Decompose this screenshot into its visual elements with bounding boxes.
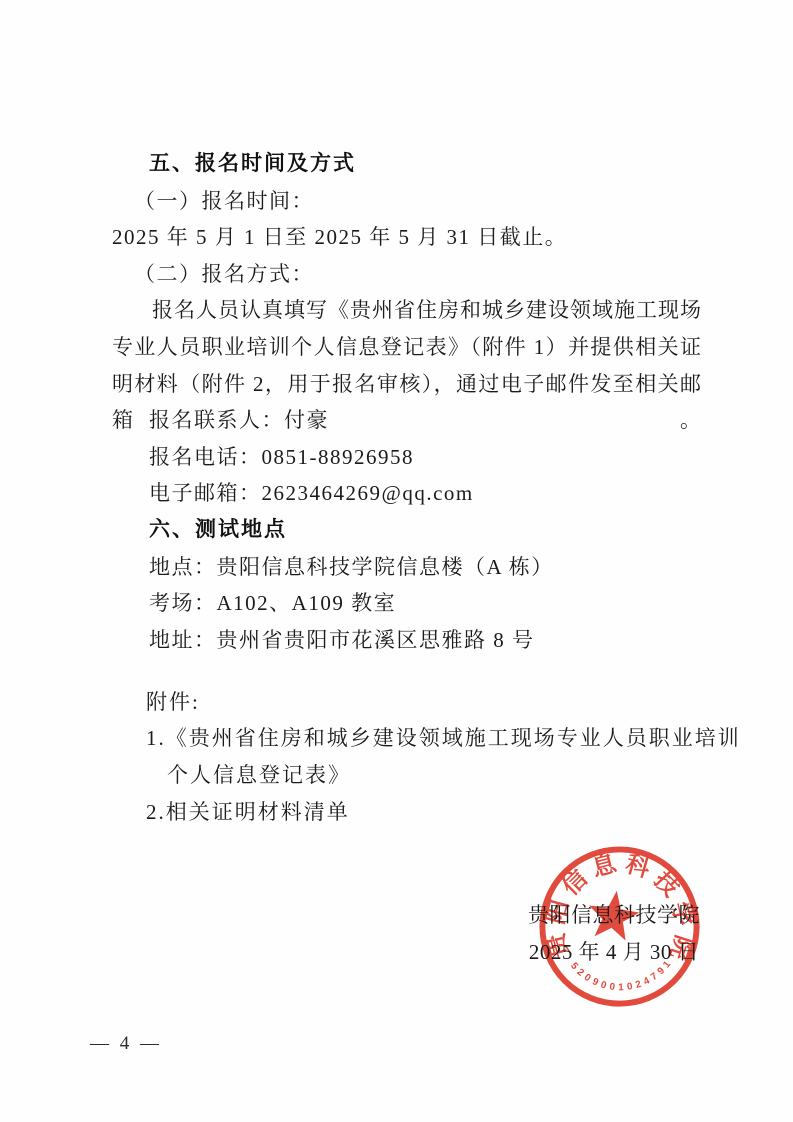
item-2-label: （二）报名方式： [112,256,701,293]
signature-block: 贵阳信息科技学院 2025 年 4 月 30 日 [528,897,700,970]
item-1-label: （一）报名时间： [112,183,701,220]
test-room-line: 考场：A102、A109 教室 [112,585,701,622]
test-address-line: 地址：贵州省贵阳市花溪区思雅路 8 号 [112,622,701,659]
contact-email-line: 电子邮箱：2623464269@qq.com [112,475,701,512]
method-paragraph-line-2: 专业人员职业培训个人信息登记表》（附件 1）并提供相关证 [112,329,701,366]
method-paragraph-line-1: 报名人员认真填写《贵州省住房和城乡建设领域施工现场 [112,292,701,329]
contact-phone-line: 报名电话：0851-88926958 [112,439,701,476]
attachments-label: 附件: [112,684,701,721]
signature-org: 贵阳信息科技学院 [528,897,700,934]
signature-date: 2025 年 4 月 30 日 [528,934,700,971]
method-paragraph-line-3: 明材料（附件 2，用于报名审核），通过电子邮件发至相关邮箱。 [112,366,701,403]
scanned-document-page: 五、报名时间及方式 （一）报名时间： 2025 年 5 月 1 日至 2025 … [0,0,793,1122]
page-number: — 4 — [90,1033,162,1055]
attachment-1-line-2: 个人信息登记表》 [112,757,701,794]
test-location-line: 地点：贵阳信息科技学院信息楼（A 栋） [112,549,701,586]
registration-time-text: 2025 年 5 月 1 日至 2025 年 5 月 31 日截止。 [112,219,701,256]
document-body: 五、报名时间及方式 （一）报名时间： 2025 年 5 月 1 日至 2025 … [112,146,701,830]
attachment-1-line-1: 1.《贵州省住房和城乡建设领域施工现场专业人员职业培训 [112,720,701,757]
section-5-heading: 五、报名时间及方式 [112,146,701,183]
attachments-block: 附件: 1.《贵州省住房和城乡建设领域施工现场专业人员职业培训 个人信息登记表》… [112,684,701,830]
attachment-2-line: 2.相关证明材料清单 [112,794,701,831]
section-6-heading: 六、测试地点 [112,512,701,549]
